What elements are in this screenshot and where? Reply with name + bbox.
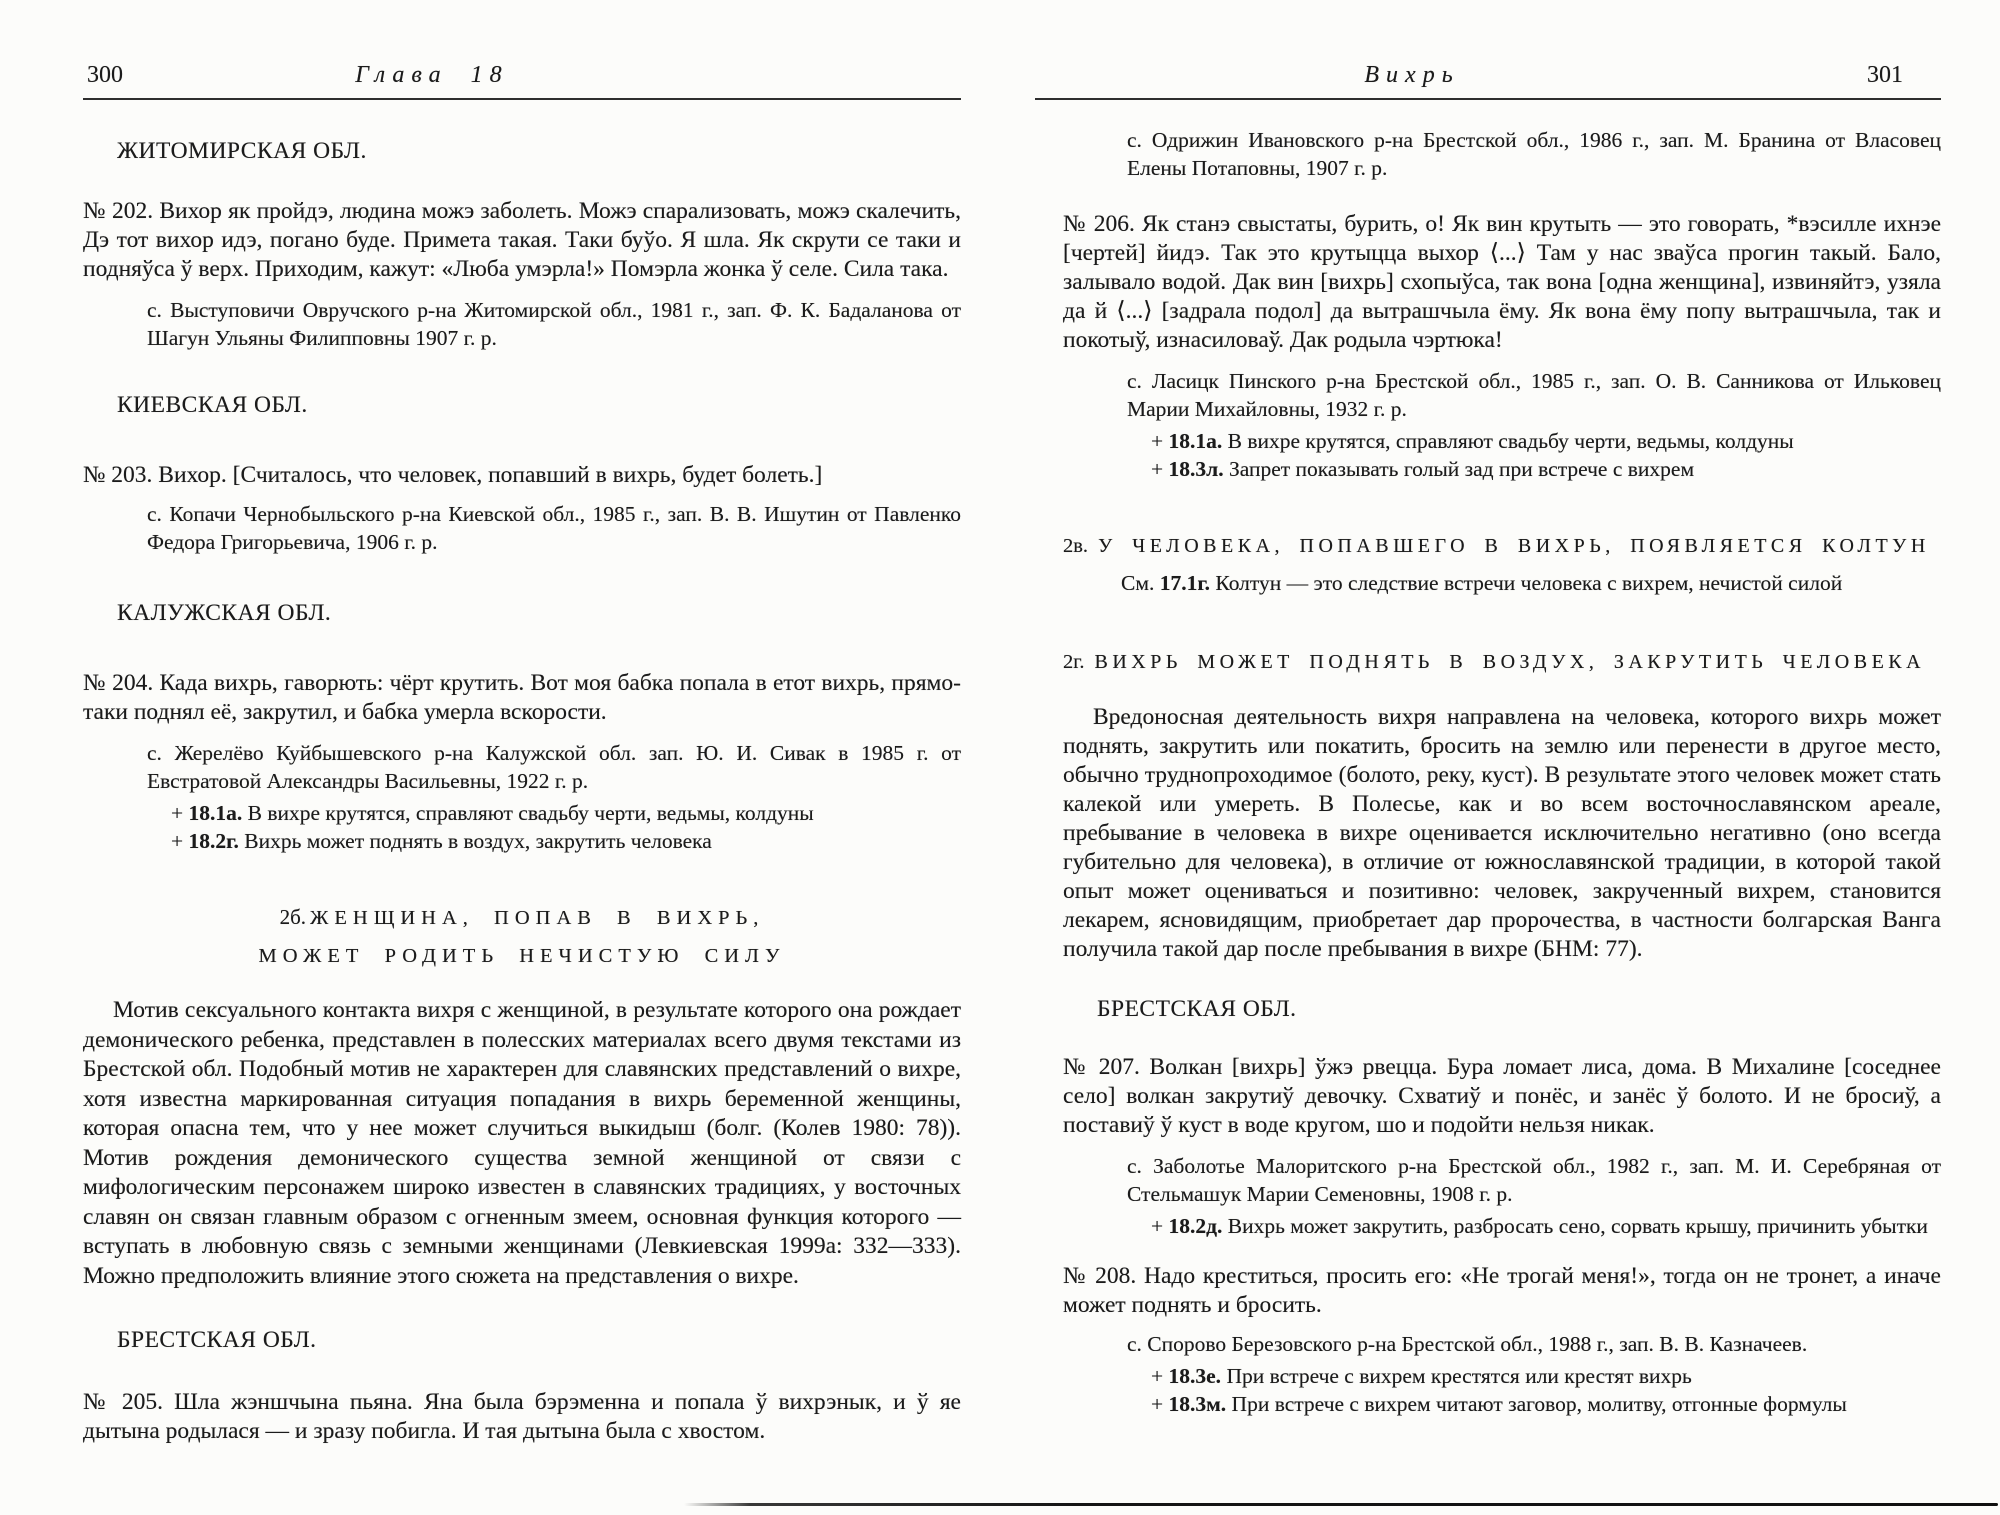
section-heading-2v: 2в.У ЧЕЛОВЕКА, ПОПАВШЕГО В ВИХРЬ, ПОЯВЛЯ…: [1063, 531, 1941, 563]
see-number: 17.1г.: [1160, 571, 1210, 595]
book-spread: 300 Глава 18 ЖИТОМИРСКАЯ ОБЛ. № 202. Вих…: [0, 0, 2000, 1515]
region-heading-kaluga: КАЛУЖСКАЯ ОБЛ.: [83, 600, 961, 627]
see-prefix: См.: [1121, 571, 1154, 595]
entry-206-citation: с. Ласицк Пинского р-на Брестской обл., …: [1063, 367, 1941, 423]
page-number: 301: [1867, 62, 1903, 89]
entry-207-citation: с. Заболотье Малоритского р-на Брестской…: [1063, 1152, 1941, 1208]
cross-ref-number: 18.2г.: [189, 829, 239, 853]
see-reference: См. 17.1г. Колтун — это следствие встреч…: [1063, 569, 1941, 597]
entry-202-text: № 202. Вихор як пройдэ, людина можэ забо…: [83, 197, 961, 284]
entry-203-text: № 203. Вихор. [Считалось, что человек, п…: [83, 461, 961, 490]
section-heading-2b-line1: 2б. ЖЕНЩИНА, ПОПАВ В ВИХРЬ,: [83, 899, 961, 938]
entry-203-citation: с. Копачи Чернобыльского р-на Киевской о…: [83, 500, 961, 556]
running-title: Вихрь: [1063, 62, 1761, 89]
cross-ref-text: При встрече с вихрем крестятся или крест…: [1226, 1364, 1691, 1388]
entry-205-text: № 205. Шла жэншчына пьяна. Яна была бэрэ…: [83, 1388, 961, 1446]
cross-ref-text: В вихре крутятся, справляют свадьбу черт…: [248, 801, 814, 825]
cross-ref-plus: +: [1151, 1214, 1163, 1238]
cross-ref: + 18.1а. В вихре крутятся, справляют сва…: [1063, 427, 1941, 455]
running-title: Глава 18: [83, 62, 781, 89]
entry-208-citation: с. Спорово Березовского р-на Брестской о…: [1063, 1330, 1941, 1358]
cross-ref-plus: +: [171, 829, 183, 853]
cross-ref: + 18.1а. В вихре крутятся, справляют сва…: [83, 799, 961, 827]
page-left: 300 Глава 18 ЖИТОМИРСКАЯ ОБЛ. № 202. Вих…: [83, 0, 961, 1446]
cross-ref: + 18.3л. Запрет показывать голый зад при…: [1063, 455, 1941, 483]
section-heading-2b-line2: МОЖЕТ РОДИТЬ НЕЧИСТУЮ СИЛУ: [83, 938, 961, 974]
page-header: Вихрь 301: [1063, 0, 1941, 98]
cross-ref: + 18.2д. Вихрь может закрутить, разброса…: [1063, 1212, 1941, 1240]
section-heading-2g: 2г.ВИХРЬ МОЖЕТ ПОДНЯТЬ В ВОЗДУХ, ЗАКРУТИ…: [1063, 647, 1941, 679]
cross-ref-number: 18.1а.: [189, 801, 243, 825]
cross-ref-number: 18.2д.: [1169, 1214, 1223, 1238]
section-number: 2г.: [1063, 651, 1084, 673]
cross-ref-plus: +: [171, 801, 183, 825]
entry-202-citation: с. Выступовичи Овручского р-на Житомирск…: [83, 296, 961, 352]
essay-paragraph: Вредоносная деятельность вихря направлен…: [1063, 703, 1941, 964]
cross-ref-text: Запрет показывать голый зад при встрече …: [1229, 457, 1694, 481]
page-header: 300 Глава 18: [83, 0, 961, 98]
page-right: Вихрь 301 с. Одрижин Ивановского р-на Бр…: [1063, 0, 1941, 1418]
cross-ref-number: 18.3м.: [1169, 1392, 1227, 1416]
cross-ref-plus: +: [1151, 1392, 1163, 1416]
cross-ref-number: 18.3л.: [1169, 457, 1224, 481]
entry-204-text: № 204. Када вихрь, гаворють: чёрт крутит…: [83, 669, 961, 727]
section-heading-2b: 2б. ЖЕНЩИНА, ПОПАВ В ВИХРЬ, МОЖЕТ РОДИТЬ…: [83, 899, 961, 974]
section-number: 2б.: [280, 905, 306, 929]
region-heading-brest: БРЕСТСКАЯ ОБЛ.: [83, 1327, 961, 1354]
cross-ref-text: В вихре крутятся, справляют свадьбу черт…: [1228, 429, 1794, 453]
region-heading-brest: БРЕСТСКАЯ ОБЛ.: [1063, 996, 1941, 1023]
entry-205-citation: с. Одрижин Ивановского р-на Брестской об…: [1063, 126, 1941, 182]
cross-ref-text: Вихрь может поднять в воздух, закрутить …: [244, 829, 712, 853]
region-heading-kyiv: КИЕВСКАЯ ОБЛ.: [83, 392, 961, 419]
header-rule: [1035, 98, 1941, 100]
section-number: 2в.: [1063, 535, 1088, 557]
page-bottom-edge-shadow: [684, 1503, 1998, 1506]
essay-paragraph: Мотив сексуального контакта вихря с женщ…: [83, 996, 961, 1291]
cross-ref-plus: +: [1151, 457, 1163, 481]
entry-207-text: № 207. Волкан [вихрь] ўжэ рвецца. Бура л…: [1063, 1053, 1941, 1140]
cross-ref: + 18.3м. При встрече с вихрем читают заг…: [1063, 1390, 1941, 1418]
running-title-text: Глава 18: [355, 62, 508, 88]
region-heading-zhytomyr: ЖИТОМИРСКАЯ ОБЛ.: [83, 138, 961, 165]
cross-ref: + 18.3е. При встрече с вихрем крестятся …: [1063, 1362, 1941, 1390]
cross-ref-text: Вихрь может закрутить, разбросать сено, …: [1228, 1214, 1928, 1238]
see-text: Колтун — это следствие встречи человека …: [1215, 571, 1842, 595]
entry-206-text: № 206. Як станэ свыстаты, бурить, о! Як …: [1063, 210, 1941, 355]
entry-208-text: № 208. Надо креститься, просить его: «Не…: [1063, 1262, 1941, 1320]
header-rule: [83, 98, 961, 100]
entry-204-citation: с. Жерелёво Куйбышевского р-на Калужской…: [83, 739, 961, 795]
cross-ref-text: При встрече с вихрем читают заговор, мол…: [1232, 1392, 1847, 1416]
cross-ref-plus: +: [1151, 429, 1163, 453]
cross-ref: + 18.2г. Вихрь может поднять в воздух, з…: [83, 827, 961, 855]
cross-ref-number: 18.3е.: [1169, 1364, 1222, 1388]
cross-ref-plus: +: [1151, 1364, 1163, 1388]
cross-ref-number: 18.1а.: [1169, 429, 1223, 453]
running-title-text: Вихрь: [1364, 62, 1459, 88]
